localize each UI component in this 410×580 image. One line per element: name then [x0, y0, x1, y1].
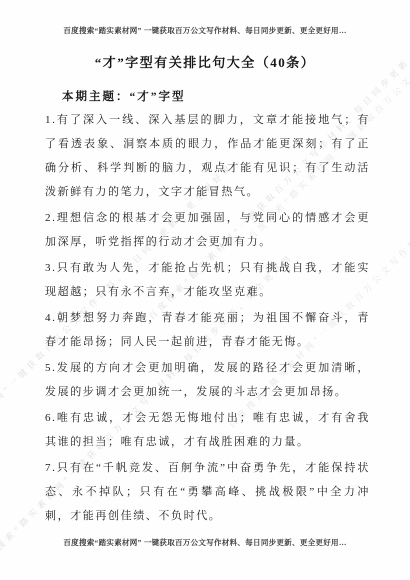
- paragraph: 1.有了深入一线、深入基层的脚力，文章才能接地气；有了看透表象、洞察本质的眼力，…: [45, 108, 370, 204]
- footer-promo-text: 百度搜索“踏实素材网” 一键获取百万公文写作材料、每日同步更新、更全更好用…: [0, 537, 410, 548]
- paragraph: 7.只有在“千帆竞发、百舸争流”中奋勇争先，才能保持状态、永不掉队；只有在“勇攀…: [45, 456, 370, 528]
- document-page: 百度搜索“踏实素材网”一键获取百万公文写作材料、每日同步更新、更全更好用 百度搜…: [0, 0, 410, 580]
- paragraph-list: 1.有了深入一线、深入基层的脚力，文章才能接地气；有了看透表象、洞察本质的眼力，…: [45, 108, 370, 530]
- page-title: “才”字型有关排比句大全（40条）: [0, 52, 410, 71]
- paragraph: 2.理想信念的根基才会更加强固，与党同心的情感才会更加深厚，听党指挥的行动才会更…: [45, 206, 370, 254]
- paragraph: 5.发展的方向才会更加明确，发展的路径才会更加清晰，发展的步调才会更加统一，发展…: [45, 356, 370, 404]
- paragraph: 4.朝梦想努力奔跑，青春才能亮丽；为祖国不懈奋斗，青春才能昂扬；同人民一起前进，…: [45, 306, 370, 354]
- subject-line: 本期主题：“才”字型: [62, 88, 186, 104]
- paragraph: 6.唯有忠诚，才会无怨无悔地付出；唯有忠诚，才有舍我其谁的担当；唯有忠诚，才有战…: [45, 406, 370, 454]
- paragraph: 3.只有敢为人先，才能抢占先机；只有挑战自我，才能实现超越；只有永不言弃，才能攻…: [45, 256, 370, 304]
- header-promo-text: 百度搜索“踏实素材网” 一键获取百万公文写作材料、每日同步更新、更全更好用…: [0, 25, 410, 36]
